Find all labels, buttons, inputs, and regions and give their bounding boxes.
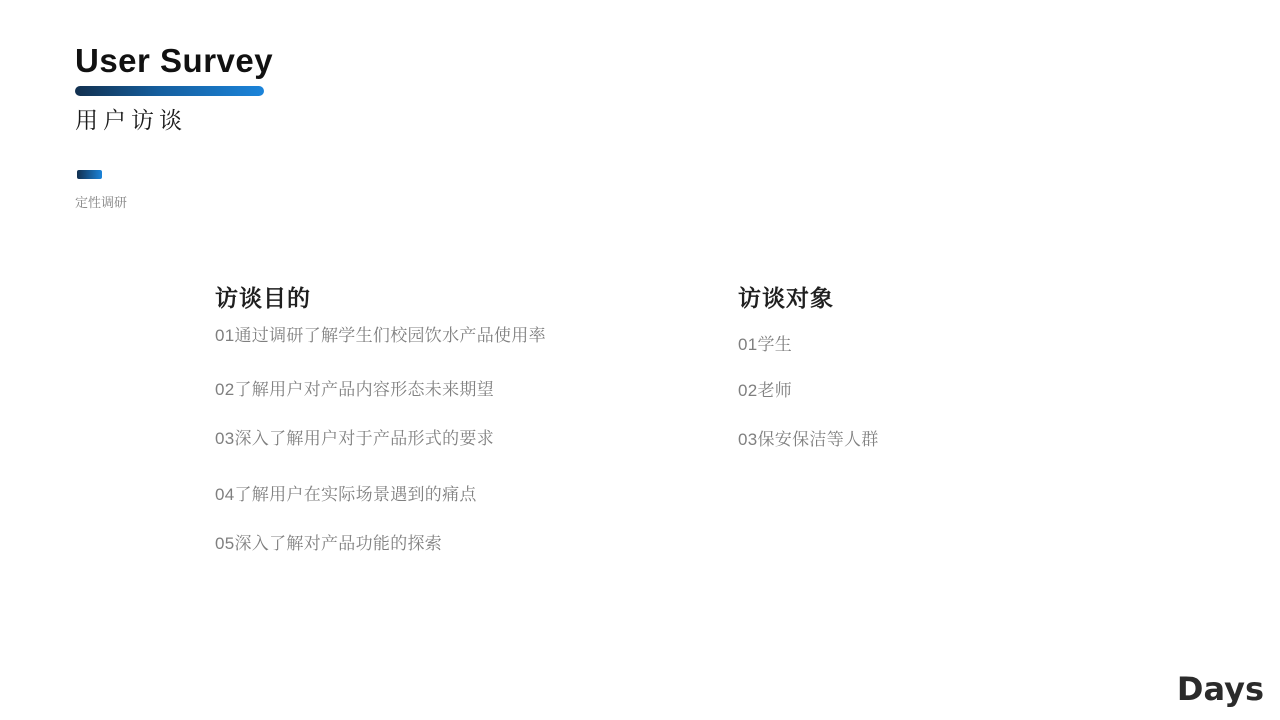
page-subtitle: 用户访谈: [75, 102, 187, 135]
purpose-column-heading: 访谈目的: [215, 280, 311, 313]
purpose-item: 02了解用户对产品内容形态未来期望: [215, 375, 494, 400]
tag-label: 定性调研: [75, 192, 127, 211]
purpose-item: 04了解用户在实际场景遇到的痛点: [215, 480, 477, 505]
tag-accent-bar: [77, 170, 102, 179]
subject-item: 01学生: [738, 330, 792, 355]
page-title: User Survey: [75, 42, 273, 80]
brand-logo: Days: [1177, 670, 1264, 708]
slide-canvas: User Survey 用户访谈 定性调研 访谈目的 01通过调研了解学生们校园…: [0, 0, 1280, 720]
purpose-item: 01通过调研了解学生们校园饮水产品使用率: [215, 321, 546, 346]
subjects-column-heading: 访谈对象: [738, 280, 834, 313]
purpose-item: 03深入了解用户对于产品形式的要求: [215, 424, 494, 449]
title-accent-bar: [75, 86, 264, 96]
subject-item: 02老师: [738, 376, 792, 401]
subject-item: 03保安保洁等人群: [738, 425, 879, 450]
purpose-item: 05深入了解对产品功能的探索: [215, 529, 442, 554]
